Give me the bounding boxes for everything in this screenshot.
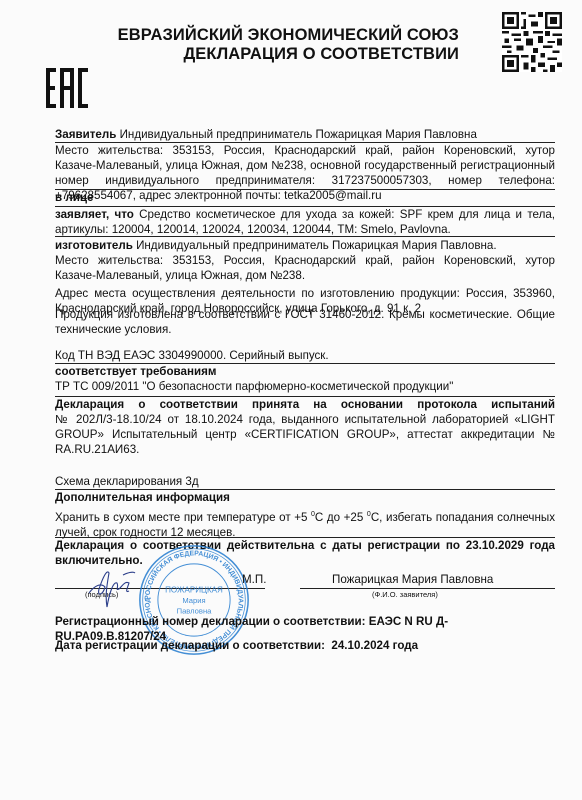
- registration-date-value: 24.10.2024 года: [325, 639, 418, 652]
- storage-text: С до +25: [315, 511, 367, 524]
- manufacturer-residence-line: Место жительства: 353153, Россия, Красно…: [55, 253, 555, 268]
- registration-number-label: Регистрационный номер декларации о соотв…: [55, 615, 366, 628]
- applicant-address-line: номер индивидуального предпринимателя: 3…: [55, 173, 555, 188]
- name-caption: (Ф.И.О. заявителя): [372, 590, 438, 599]
- storage-text: Хранить в сухом месте при температуре от…: [55, 511, 311, 524]
- customs-code: Код ТН ВЭД ЕАЭС 3304990000. Серийный вып…: [55, 348, 555, 363]
- registration-date-row: Дата регистрации декларации о соответств…: [55, 638, 555, 653]
- production-standard-line: Продукция изготовлена в соответствии с Г…: [55, 307, 555, 322]
- basis-line: RA.RU.21АИ63.: [55, 442, 555, 457]
- basis-block: Декларация о соответствии принята на осн…: [55, 397, 555, 457]
- applicant-name: Индивидуальный предприниматель Пожарицка…: [116, 128, 477, 141]
- applicant-address-line: Казаче-Малеваный, улица Южная, дом №238,…: [55, 158, 555, 173]
- product-articles: артикулы: 120004, 120014, 120024, 120034…: [55, 222, 555, 237]
- divider: [55, 236, 555, 237]
- production-standard-line: технические условия.: [55, 322, 555, 337]
- basis-line: № 202Л/3-18.10/24 от 18.10.2024 года, вы…: [55, 412, 555, 427]
- name-line: [300, 588, 555, 589]
- production-standard: Продукция изготовлена в соответствии с Г…: [55, 307, 555, 337]
- applicant-address-line: Место жительства: 353153, Россия, Красно…: [55, 143, 555, 158]
- applicant-heading: Заявитель Индивидуальный предприниматель…: [55, 127, 555, 142]
- validity-block: Декларация о соответствии действительна …: [55, 538, 555, 568]
- header-declaration-title: ДЕКЛАРАЦИЯ О СООТВЕТСТВИИ: [183, 45, 459, 64]
- stamp-name: ПОЖАРИЦКАЯ: [165, 585, 223, 594]
- requirements-value: ТР ТС 009/2011 "О безопасности парфюмерн…: [55, 379, 555, 394]
- signature-icon: [85, 565, 140, 610]
- declares-block: заявляет, что Средство косметическое для…: [55, 207, 555, 237]
- eac-logo-icon: [45, 68, 89, 108]
- storage-text: С, избегать попадания солнечных: [371, 511, 555, 524]
- declaration-scheme: Схема декларирования 3д: [55, 474, 555, 489]
- applicant-full-name: Пожарицкая Мария Павловна: [332, 573, 493, 586]
- seal-place-label: М.П.: [242, 573, 266, 586]
- registration-date-label: Дата регистрации декларации о соответств…: [55, 639, 325, 652]
- svg-text:Мария: Мария: [182, 596, 205, 605]
- basis-line: GROUP» Испытательный центр «CERTIFICATIO…: [55, 427, 555, 442]
- product-name: Средство косметическое для ухода за коже…: [134, 208, 555, 221]
- header-union-title: ЕВРАЗИЙСКИЙ ЭКОНОМИЧЕСКИЙ СОЮЗ: [118, 26, 459, 45]
- manufacturer-name: Индивидуальный предприниматель Пожарицка…: [133, 239, 497, 252]
- manufacturer-block: изготовитель Индивидуальный предпринимат…: [55, 238, 555, 316]
- additional-info-label: Дополнительная информация: [55, 490, 555, 505]
- declares-label: заявляет, что: [55, 208, 134, 221]
- qr-code-icon[interactable]: [502, 12, 562, 72]
- manufacturer-label: изготовитель: [55, 239, 133, 252]
- applicant-label: Заявитель: [55, 128, 116, 141]
- basis-line: Декларация о соответствии принята на осн…: [55, 397, 555, 412]
- represented-by-label: в лице: [55, 190, 555, 205]
- manufacturer-activity-line: Адрес места осуществления деятельности п…: [55, 286, 555, 301]
- validity-line: Декларация о соответствии действительна …: [55, 538, 555, 553]
- declaration-page: ЕВРАЗИЙСКИЙ ЭКОНОМИЧЕСКИЙ СОЮЗ ДЕКЛАРАЦИ…: [0, 0, 582, 800]
- manufacturer-residence-line: Казаче-Малеваный, улица Южная, дом №238.: [55, 268, 555, 283]
- requirements-label: соответствует требованиям: [55, 364, 555, 379]
- additional-info-block: Хранить в сухом месте при температуре от…: [55, 507, 555, 540]
